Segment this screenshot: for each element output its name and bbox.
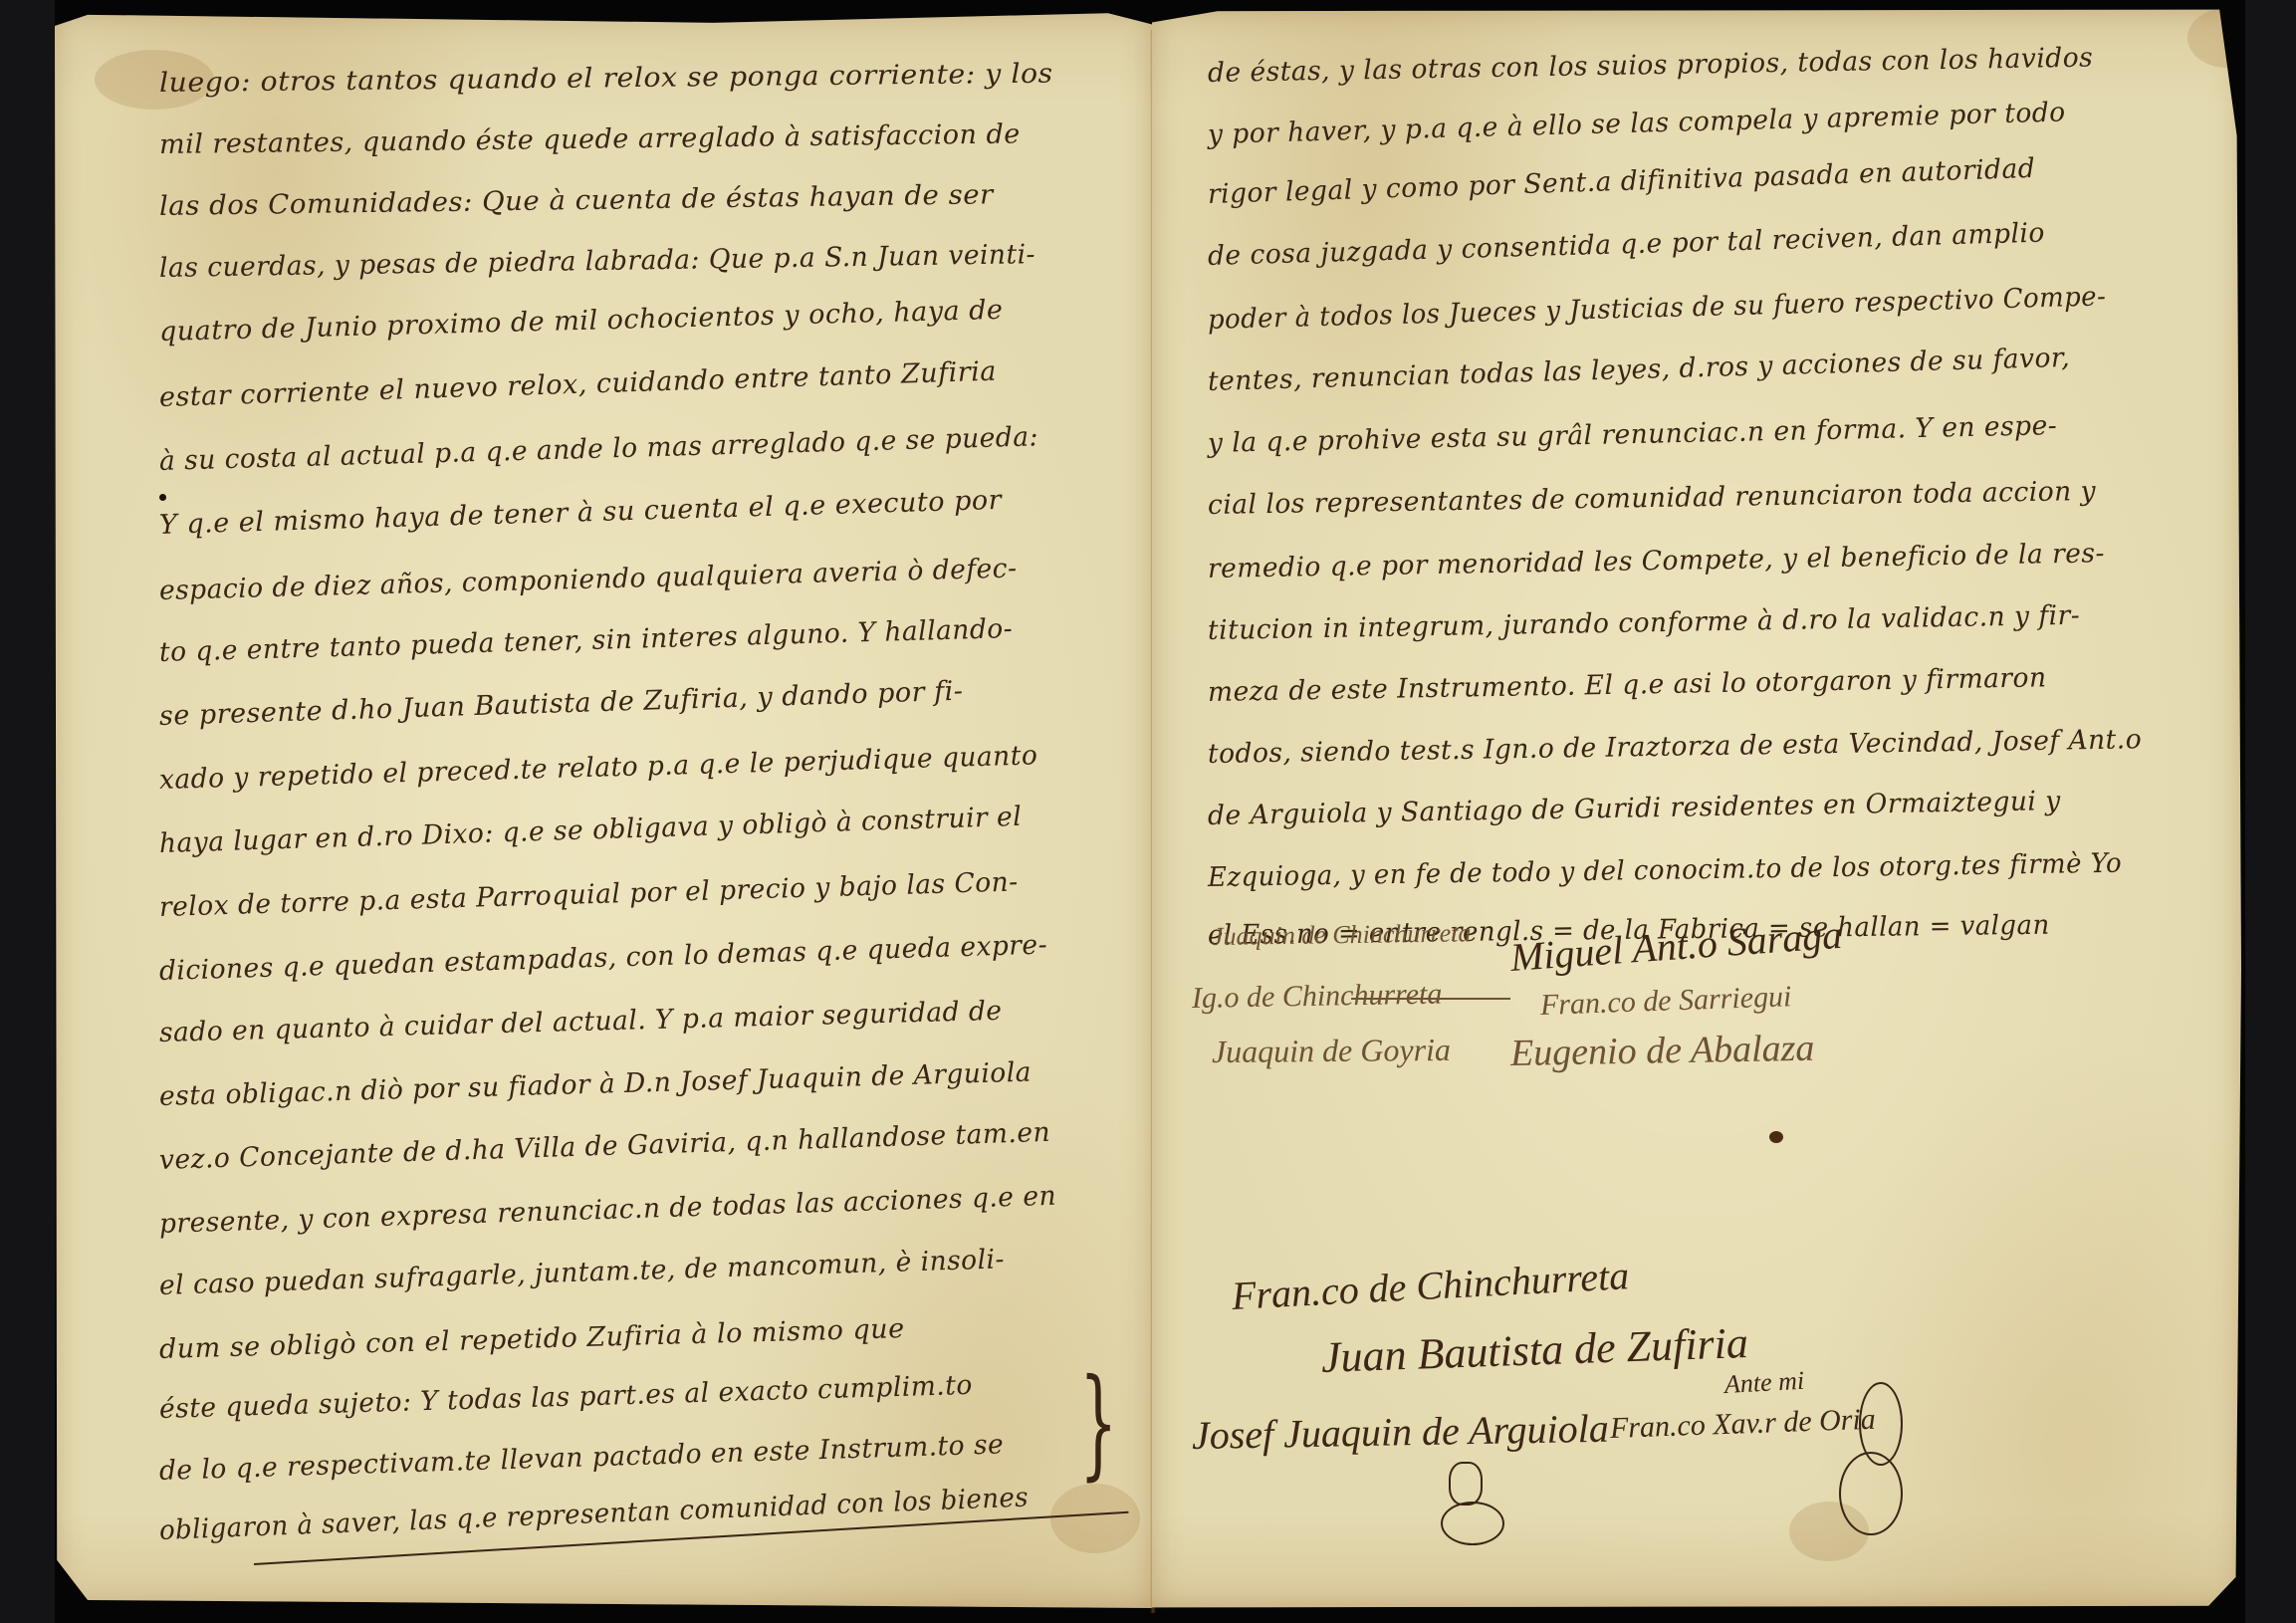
signature: Juan Bautista de Zufiria (1320, 1317, 1749, 1383)
text-line: se presente d.ho Juan Bautista de Zufiri… (159, 676, 964, 732)
text-line: Ezquioga, y en fe de todo y del conocim.… (1208, 848, 2123, 893)
left-page: luego: otros tantos quando el relox se p… (55, 10, 1152, 1608)
manuscript-spread: luego: otros tantos quando el relox se p… (55, 0, 2245, 1623)
text-line: de cosa juzgada y consentida q.e por tal… (1208, 218, 2046, 272)
text-line: meza de este Instrumento. El q.e asi lo … (1208, 662, 2047, 708)
text-line: esta obligac.n diò por su fiador à D.n J… (159, 1057, 1033, 1112)
text-line: relox de torre p.a esta Parroquial por e… (159, 866, 1020, 923)
margin-brace: } (1079, 1364, 1117, 1484)
signature: Juaquin de Goyria (1212, 1032, 1451, 1070)
rubric-flourish (1441, 1502, 1504, 1545)
notary-signature: Fran.co Xav.r de Oria (1609, 1403, 1876, 1446)
right-page-text: de éstas, y las otras con los suios prop… (1208, 58, 2213, 914)
text-line: à su costa al actual p.a q.e ande lo mas… (159, 421, 1039, 477)
text-line: diciones q.e quedan estampadas, con lo d… (159, 930, 1048, 987)
text-line: estar corriente el nuevo relox, cuidando… (159, 356, 998, 413)
text-line: luego: otros tantos quando el relox se p… (159, 59, 1053, 99)
text-line: cial los representantes de comunidad ren… (1208, 476, 2097, 521)
text-line: titucion in integrum, jurando conforme à… (1208, 600, 2081, 646)
signature: Josef Juaquin de Arguiola (1192, 1405, 1610, 1459)
text-line: remedio q.e por menoridad les Compete, y… (1208, 538, 2105, 584)
text-line: las dos Comunidades: Que à cuenta de ést… (159, 179, 994, 222)
text-line: espacio de diez años, componiendo qualqu… (159, 553, 1018, 606)
signature: Ig.o de Chinchurreta (1192, 978, 1443, 1016)
text-line: todos, siendo test.s Ign.o de Iraztorza … (1208, 724, 2143, 770)
signature: Fran.co de Chinchurreta (1231, 1252, 1630, 1319)
text-line: obligaron à saver, las q.e representan c… (158, 1482, 1029, 1546)
text-line: dum se obligò con el repetido Zufiria à … (159, 1313, 905, 1365)
text-line: xado y repetido el preced.te relato p.a … (159, 740, 1038, 796)
text-line: las cuerdas, y pesas de piedra labrada: … (159, 239, 1035, 284)
text-line: sado en quanto à cuidar del actual. Y p.… (159, 996, 1003, 1048)
text-line: poder à todos los Jueces y Justicias de … (1208, 281, 2107, 336)
text-line: vez.o Concejante de d.ha Villa de Gaviri… (159, 1117, 1051, 1176)
text-line: y la q.e prohive esta su grâl renunciac.… (1208, 410, 2058, 459)
signature-flourish-line (1351, 998, 1510, 1000)
text-line: y por haver, y p.a q.e à ello se las com… (1208, 97, 2066, 150)
signature: Juaquin de Chinchurreta (1212, 918, 1472, 952)
ink-blot (1769, 1131, 1783, 1143)
signature: Fran.co de Sarriegui (1539, 980, 1792, 1023)
text-line: el caso puedan sufragarle, juntam.te, de… (159, 1244, 1006, 1301)
text-line: de Arguiola y Santiago de Guridi residen… (1208, 786, 2061, 831)
rubric-flourish (1449, 1462, 1483, 1506)
notary-label: Ante mi (1723, 1366, 1805, 1400)
text-line: de lo q.e respectivam.te llevan pactado … (159, 1429, 1005, 1487)
left-page-text: luego: otros tantos quando el relox se p… (159, 68, 1115, 1511)
text-line: Y q.e el mismo haya de tener à su cuenta… (159, 485, 1003, 541)
text-line: éste queda sujeto: Y todas las part.es a… (159, 1370, 974, 1425)
text-line: mil restantes, quando éste quede arregla… (159, 118, 1021, 160)
text-line: rigor legal y como por Sent.a difinitiva… (1208, 153, 2036, 210)
text-line: de éstas, y las otras con los suios prop… (1208, 42, 2094, 89)
text-line: quatro de Junio proximo de mil ochocient… (159, 295, 1004, 348)
right-page: de éstas, y las otras con los suios prop… (1152, 8, 2241, 1609)
signature: Eugenio de Abalaza (1510, 1027, 1815, 1075)
text-line: to q.e entre tanto pueda tener, sin inte… (159, 613, 1014, 668)
notary-rubric (1839, 1452, 1903, 1535)
text-line: haya lugar en d.ro Dixo: q.e se obligava… (159, 802, 1023, 859)
text-line: tentes, renuncian todas las leyes, d.ros… (1208, 343, 2071, 397)
text-line: presente, y con expresa renunciac.n de t… (159, 1181, 1057, 1240)
